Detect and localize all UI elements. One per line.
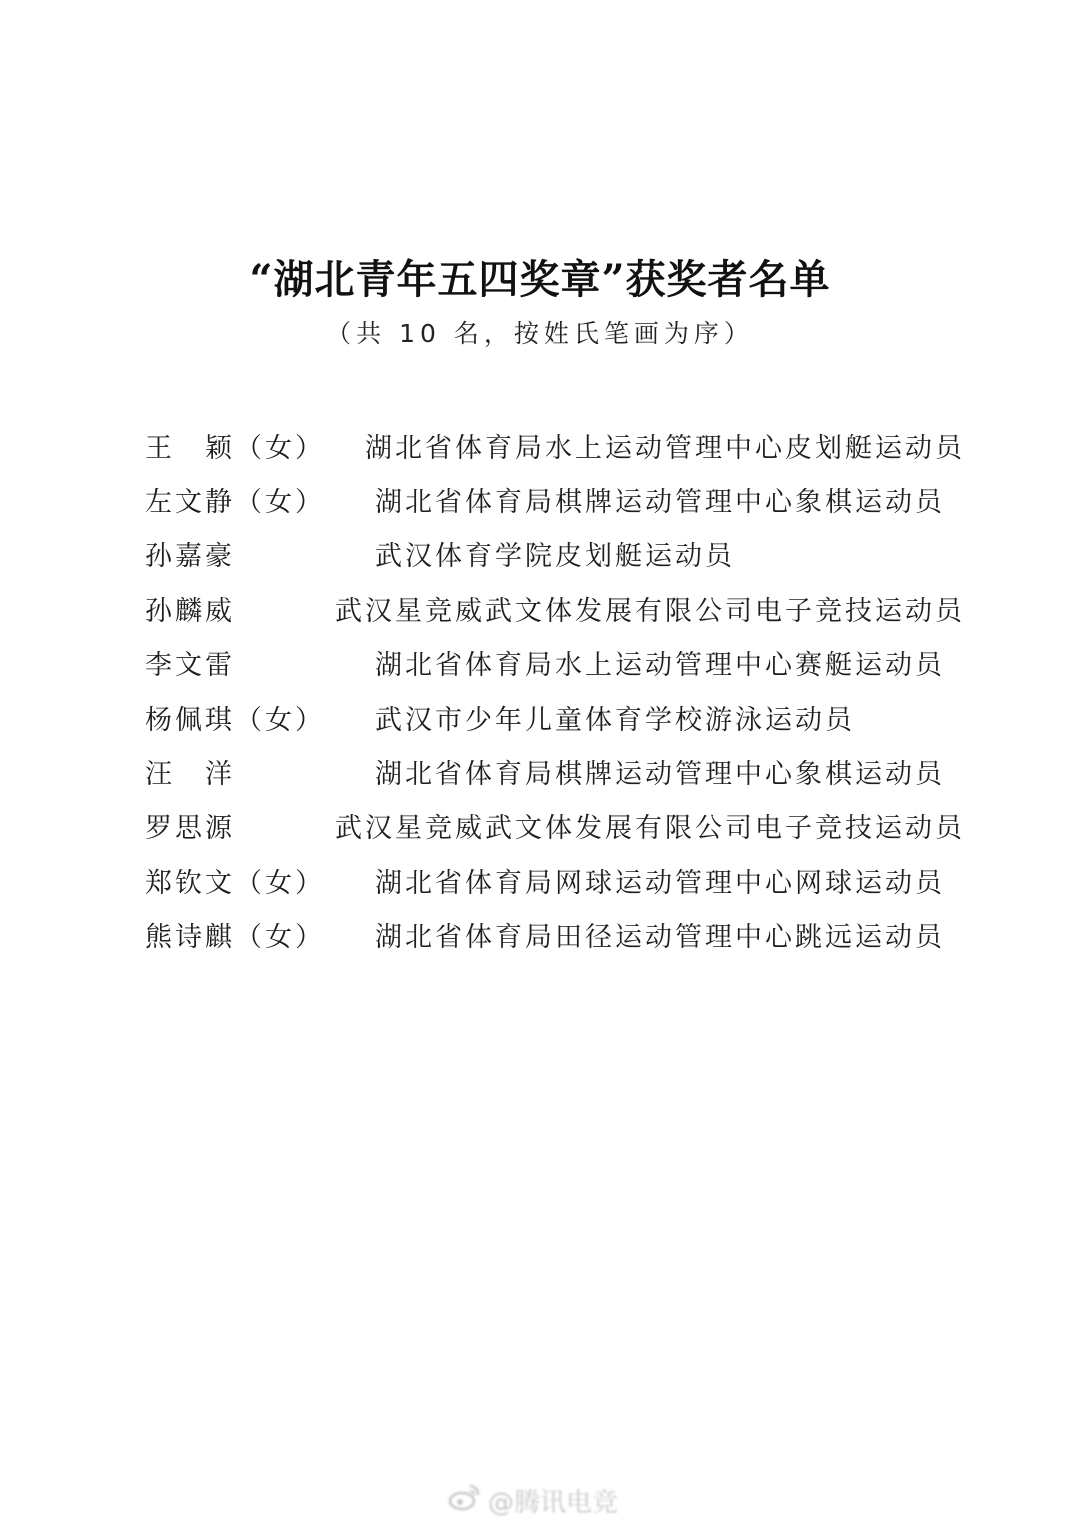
awardee-name: 左文静（女） <box>145 480 375 519</box>
document-subtitle: （共 10 名，按姓氏笔画为序） <box>0 314 1080 350</box>
awardee-name: 熊诗麒（女） <box>145 915 375 954</box>
weibo-icon <box>448 1482 482 1519</box>
list-item: 孙嘉豪 武汉体育学院皮划艇运动员 <box>145 527 965 581</box>
list-item: 罗思源 武汉星竞威武文体发展有限公司电子竞技运动员 <box>145 799 965 853</box>
awardee-name: 李文雷 <box>145 643 375 682</box>
watermark: @腾讯电竞 <box>448 1482 618 1519</box>
awardee-affiliation: 湖北省体育局水上运动管理中心皮划艇运动员 <box>365 426 965 465</box>
list-item: 汪 洋 湖北省体育局棋牌运动管理中心象棋运动员 <box>145 744 965 798</box>
list-item: 左文静（女） 湖北省体育局棋牌运动管理中心象棋运动员 <box>145 472 965 526</box>
awardee-affiliation: 湖北省体育局棋牌运动管理中心象棋运动员 <box>375 480 965 519</box>
document-title: “湖北青年五四奖章”获奖者名单 <box>0 248 1080 305</box>
awardee-name: 孙麟威 <box>145 589 335 628</box>
awardee-affiliation: 湖北省体育局田径运动管理中心跳远运动员 <box>375 915 965 954</box>
awardee-name: 杨佩琪（女） <box>145 698 375 737</box>
list-item: 王 颖（女） 湖北省体育局水上运动管理中心皮划艇运动员 <box>145 418 965 472</box>
awardee-name: 汪 洋 <box>145 752 375 791</box>
awardee-name: 郑钦文（女） <box>145 861 375 900</box>
awardee-name: 孙嘉豪 <box>145 534 375 573</box>
awardee-affiliation: 武汉体育学院皮划艇运动员 <box>375 534 965 573</box>
list-item: 熊诗麒（女） 湖北省体育局田径运动管理中心跳远运动员 <box>145 908 965 962</box>
awardee-affiliation: 湖北省体育局网球运动管理中心网球运动员 <box>375 861 965 900</box>
list-item: 李文雷 湖北省体育局水上运动管理中心赛艇运动员 <box>145 636 965 690</box>
awardee-affiliation: 武汉星竞威武文体发展有限公司电子竞技运动员 <box>335 806 965 845</box>
awardee-affiliation: 武汉星竞威武文体发展有限公司电子竞技运动员 <box>335 589 965 628</box>
awardee-list: 王 颖（女） 湖北省体育局水上运动管理中心皮划艇运动员 左文静（女） 湖北省体育… <box>145 418 965 962</box>
awardee-name: 罗思源 <box>145 806 335 845</box>
awardee-affiliation: 武汉市少年儿童体育学校游泳运动员 <box>375 698 965 737</box>
awardee-affiliation: 湖北省体育局水上运动管理中心赛艇运动员 <box>375 643 965 682</box>
list-item: 郑钦文（女） 湖北省体育局网球运动管理中心网球运动员 <box>145 853 965 907</box>
list-item: 杨佩琪（女） 武汉市少年儿童体育学校游泳运动员 <box>145 690 965 744</box>
awardee-affiliation: 湖北省体育局棋牌运动管理中心象棋运动员 <box>375 752 965 791</box>
list-item: 孙麟威 武汉星竞威武文体发展有限公司电子竞技运动员 <box>145 581 965 635</box>
watermark-text: @腾讯电竞 <box>488 1482 618 1519</box>
awardee-name: 王 颖（女） <box>145 426 365 465</box>
